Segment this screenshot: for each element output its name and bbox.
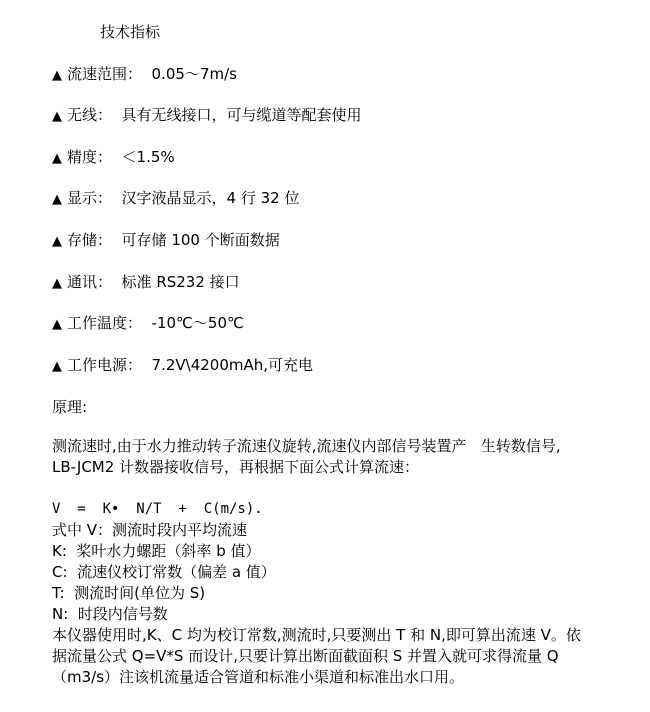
formula: V = K• N/T + C(m/s). — [52, 499, 642, 520]
principle-heading: 原理: — [52, 397, 87, 417]
spec-label: 工作温度： — [67, 314, 142, 332]
definition-line: N: 时段内信号数 — [52, 604, 642, 625]
spec-item-temperature: ▲工作温度： -10℃～50℃ — [52, 313, 244, 333]
triangle-bullet-icon: ▲ — [52, 149, 67, 169]
triangle-bullet-icon: ▲ — [52, 232, 67, 252]
spec-label: 通讯： — [67, 273, 112, 291]
spec-value: ＜1.5% — [112, 148, 175, 166]
spec-item-power: ▲工作电源： 7.2V\4200mAh,可充电 — [52, 355, 313, 375]
principle-paragraph: 测流速时,由于水力推动转子流速仪旋转,流速仪内部信号装置产 生转数信号, LB-… — [52, 436, 642, 688]
usage-line: 据流量公式 Q=V*S 而设计,只要计算出断面截面积 S 并置入就可求得流量 Q — [52, 646, 642, 667]
page-title: 技术指标 — [100, 22, 160, 42]
spec-value: 标准 RS232 接口 — [112, 273, 240, 291]
spec-value: 0.05～7m/s — [142, 65, 237, 83]
triangle-bullet-icon: ▲ — [52, 274, 67, 294]
spec-value: 可存储 100 个断面数据 — [112, 231, 280, 249]
principle-line: 测流速时,由于水力推动转子流速仪旋转,流速仪内部信号装置产 生转数信号, — [52, 436, 642, 457]
principle-line: LB-JCM2 计数器接收信号，再根据下面公式计算流速： — [52, 457, 642, 478]
spec-value: 7.2V\4200mAh,可充电 — [142, 356, 313, 374]
blank-line — [52, 478, 642, 499]
spec-value: 具有无线接口，可与缆道等配套使用 — [112, 106, 362, 124]
definition-line: K: 桨叶水力螺距（斜率 b 值） — [52, 541, 642, 562]
triangle-bullet-icon: ▲ — [52, 315, 67, 335]
spec-item-storage: ▲存储： 可存储 100 个断面数据 — [52, 230, 280, 250]
usage-line: 本仪器使用时,K、C 均为校订常数,测流时,只要测出 T 和 N,即可算出流速 … — [52, 625, 642, 646]
definition-line: T: 测流时间(单位为 S) — [52, 583, 642, 604]
triangle-bullet-icon: ▲ — [52, 107, 67, 127]
spec-value: 汉字液晶显示，4 行 32 位 — [112, 189, 299, 207]
spec-value: -10℃～50℃ — [142, 314, 244, 332]
spec-item-flow-range: ▲流速范围： 0.05～7m/s — [52, 64, 237, 84]
spec-label: 精度： — [67, 148, 112, 166]
usage-line: （m3/s）注该机流量适合管道和标准小渠道和标准出水口用。 — [52, 667, 642, 688]
spec-item-accuracy: ▲精度： ＜1.5% — [52, 147, 175, 167]
definition-line: C: 流速仪校订常数（偏差 a 值） — [52, 562, 642, 583]
triangle-bullet-icon: ▲ — [52, 190, 67, 210]
triangle-bullet-icon: ▲ — [52, 66, 67, 86]
spec-label: 存储： — [67, 231, 112, 249]
spec-label: 工作电源： — [67, 356, 142, 374]
spec-item-communication: ▲通讯： 标准 RS232 接口 — [52, 272, 240, 292]
spec-label: 流速范围： — [67, 65, 142, 83]
definition-line: 式中 V：测流时段内平均流速 — [52, 520, 642, 541]
spec-item-display: ▲显示： 汉字液晶显示，4 行 32 位 — [52, 188, 300, 208]
spec-label: 无线： — [67, 106, 112, 124]
spec-label: 显示： — [67, 189, 112, 207]
spec-item-wireless: ▲无线： 具有无线接口，可与缆道等配套使用 — [52, 105, 362, 125]
triangle-bullet-icon: ▲ — [52, 357, 67, 377]
